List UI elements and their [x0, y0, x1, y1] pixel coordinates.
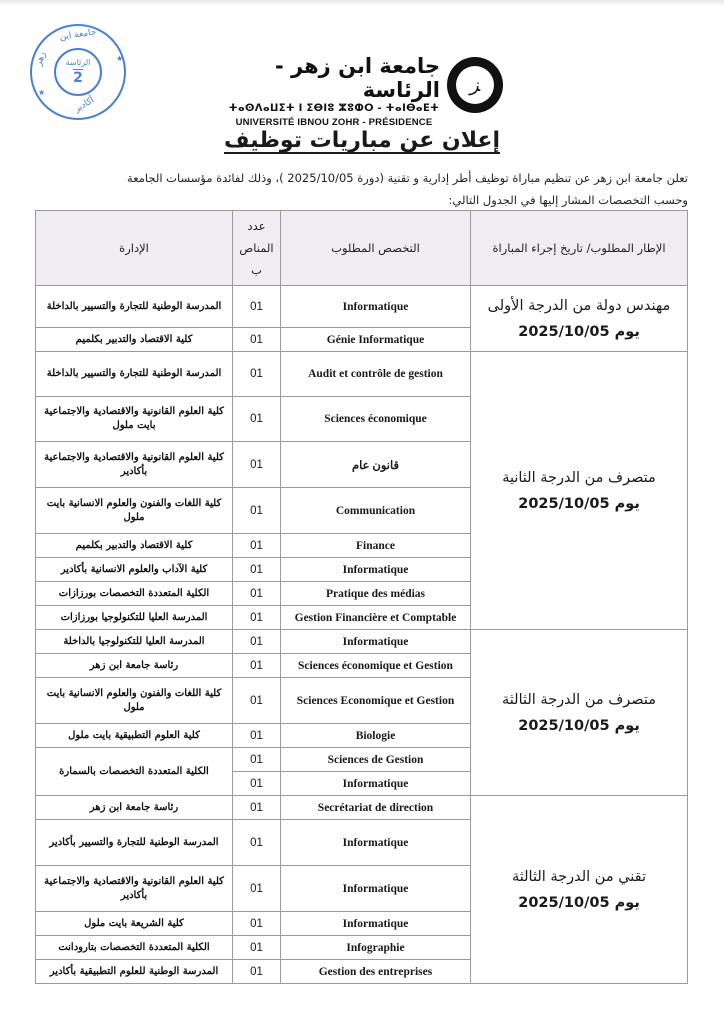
- header-count: عدد المناص ب: [233, 211, 281, 286]
- grade-cell: مهندس دولة من الدرجة الأولى يوم 2025/10/…: [471, 286, 688, 352]
- specialty-cell: Informatique: [281, 286, 471, 328]
- specialty-cell: Informatique: [281, 912, 471, 936]
- header-specialty: التخصص المطلوب: [281, 211, 471, 286]
- admin-cell: المدرسة الوطنية للتجارة والتسيير بأكادير: [36, 820, 233, 866]
- admin-cell: كلية العلوم القانونية والاقتصادية والاجت…: [36, 397, 233, 442]
- stamp-star-icon: ★: [38, 88, 45, 97]
- university-seal-icon: ﺰ: [447, 57, 503, 113]
- specialty-cell: Communication: [281, 488, 471, 534]
- admin-cell: رئاسة جامعة ابن زهر: [36, 654, 233, 678]
- count-cell: 01: [233, 534, 281, 558]
- stamp-star-icon: ★: [116, 54, 123, 63]
- specialty-cell: Sciences économique: [281, 397, 471, 442]
- count-cell: 01: [233, 772, 281, 796]
- table-row: متصرف من الدرجة الثانية يوم 2025/10/05 A…: [36, 352, 688, 397]
- count-cell: 01: [233, 352, 281, 397]
- stamp-center-number: 2: [73, 69, 83, 85]
- admin-cell: كلية العلوم القانونية والاقتصادية والاجت…: [36, 442, 233, 488]
- count-cell: 01: [233, 442, 281, 488]
- count-cell: 01: [233, 960, 281, 984]
- table-row: تقني من الدرجة الثالثة يوم 2025/10/05 Se…: [36, 796, 688, 820]
- specialty-cell: Sciences économique et Gestion: [281, 654, 471, 678]
- specialty-cell: Informatique: [281, 630, 471, 654]
- header-administration: الإدارة: [36, 211, 233, 286]
- admin-cell: الكلية المتعددة التخصصات بالسمارة: [36, 748, 233, 796]
- specialty-cell: Secrétariat de direction: [281, 796, 471, 820]
- count-cell: 01: [233, 654, 281, 678]
- count-cell: 01: [233, 936, 281, 960]
- count-cell: 01: [233, 866, 281, 912]
- grade-cell: تقني من الدرجة الثالثة يوم 2025/10/05: [471, 796, 688, 984]
- admin-cell: كلية العلوم القانونية والاقتصادية والاجت…: [36, 866, 233, 912]
- count-cell: 01: [233, 820, 281, 866]
- count-cell: 01: [233, 678, 281, 724]
- admin-cell: الكلية المتعددة التخصصات بتارودانت: [36, 936, 233, 960]
- count-cell: 01: [233, 582, 281, 606]
- specialty-cell: Informatique: [281, 820, 471, 866]
- header-grade: الإطار المطلوب/ تاريخ إجراء المباراة: [471, 211, 688, 286]
- count-cell: 01: [233, 724, 281, 748]
- page-title: إعلان عن مباريات توظيف: [0, 128, 724, 153]
- stamp-left-text: زهر: [34, 51, 48, 68]
- specialty-cell: Sciences de Gestion: [281, 748, 471, 772]
- university-name-tifinagh: ⵜⴰⵙⴷⴰⵡⵉⵜ ⵏ ⵉⴱⵏⵓ ⵣⵓⵀⵔ - ⵜⴰⵏⴱⴰⴹⵜ: [228, 102, 440, 116]
- stamp-center-label: الرئاسة: [66, 59, 91, 67]
- university-name-ar: جامعة ابن زهر - الرئاسة: [228, 54, 440, 102]
- table-row: مهندس دولة من الدرجة الأولى يوم 2025/10/…: [36, 286, 688, 328]
- admin-cell: رئاسة جامعة ابن زهر: [36, 796, 233, 820]
- specialty-cell: Informatique: [281, 866, 471, 912]
- admin-cell: كلية الآداب والعلوم الانسانية بأكادير: [36, 558, 233, 582]
- table-row: متصرف من الدرجة الثالثة يوم 2025/10/05 I…: [36, 630, 688, 654]
- specialty-cell: Génie Informatique: [281, 328, 471, 352]
- specialty-cell: Sciences Economique et Gestion: [281, 678, 471, 724]
- university-brand: جامعة ابن زهر - الرئاسة ⵜⴰⵙⴷⴰⵡⵉⵜ ⵏ ⵉⴱⵏⵓ …: [228, 54, 440, 130]
- grade-cell: متصرف من الدرجة الثانية يوم 2025/10/05: [471, 352, 688, 630]
- specialty-cell: Gestion Financière et Comptable: [281, 606, 471, 630]
- admin-cell: كلية الشريعة بايت ملول: [36, 912, 233, 936]
- admin-cell: كلية الاقتصاد والتدبير بكلميم: [36, 328, 233, 352]
- recruitment-table: الإطار المطلوب/ تاريخ إجراء المباراة الت…: [35, 210, 688, 984]
- specialty-cell: Infographie: [281, 936, 471, 960]
- specialty-cell: Pratique des médias: [281, 582, 471, 606]
- admin-cell: كلية العلوم التطبيقية بايت ملول: [36, 724, 233, 748]
- admin-cell: كلية الاقتصاد والتدبير بكلميم: [36, 534, 233, 558]
- stamp-center: الرئاسة 2: [54, 48, 102, 96]
- specialty-cell: Gestion des entreprises: [281, 960, 471, 984]
- count-cell: 01: [233, 488, 281, 534]
- count-cell: 01: [233, 796, 281, 820]
- specialty-cell: Informatique: [281, 558, 471, 582]
- admin-cell: كلية اللغات والفنون والعلوم الانسانية با…: [36, 678, 233, 724]
- table-header-row: الإطار المطلوب/ تاريخ إجراء المباراة الت…: [36, 211, 688, 286]
- count-cell: 01: [233, 606, 281, 630]
- specialty-cell: Audit et contrôle de gestion: [281, 352, 471, 397]
- admin-cell: كلية اللغات والفنون والعلوم الانسانية با…: [36, 488, 233, 534]
- stamp-top-text: جامعة ابن: [32, 24, 124, 47]
- specialty-cell: Finance: [281, 534, 471, 558]
- count-cell: 01: [233, 397, 281, 442]
- specialty-cell: قانون عام: [281, 442, 471, 488]
- intro-line-1: تعلن جامعة ابن زهر عن تنظيم مباراة توظيف…: [38, 171, 688, 185]
- count-cell: 01: [233, 912, 281, 936]
- admin-cell: المدرسة العليا للتكنولوجيا بورزازات: [36, 606, 233, 630]
- count-cell: 01: [233, 558, 281, 582]
- admin-cell: المدرسة الوطنية للتجارة والتسيير بالداخل…: [36, 286, 233, 328]
- specialty-cell: Informatique: [281, 772, 471, 796]
- specialty-cell: Biologie: [281, 724, 471, 748]
- page-edge: [0, 0, 724, 6]
- presidency-stamp: جامعة ابن زهر ★ ★ الرئاسة 2 أكادير: [30, 24, 126, 120]
- intro-line-2: وحسب التخصصات المشار إليها في الجدول الت…: [38, 193, 688, 207]
- admin-cell: المدرسة الوطنية للتجارة والتسيير بالداخل…: [36, 352, 233, 397]
- count-cell: 01: [233, 748, 281, 772]
- count-cell: 01: [233, 630, 281, 654]
- stamp-bottom-text: أكادير: [73, 95, 96, 114]
- admin-cell: المدرسة العليا للتكنولوجيا بالداخلة: [36, 630, 233, 654]
- count-cell: 01: [233, 286, 281, 328]
- admin-cell: المدرسة الوطنية للعلوم التطبيقية بأكادير: [36, 960, 233, 984]
- count-cell: 01: [233, 328, 281, 352]
- admin-cell: الكلية المتعددة التخصصات بورزازات: [36, 582, 233, 606]
- grade-cell: متصرف من الدرجة الثالثة يوم 2025/10/05: [471, 630, 688, 796]
